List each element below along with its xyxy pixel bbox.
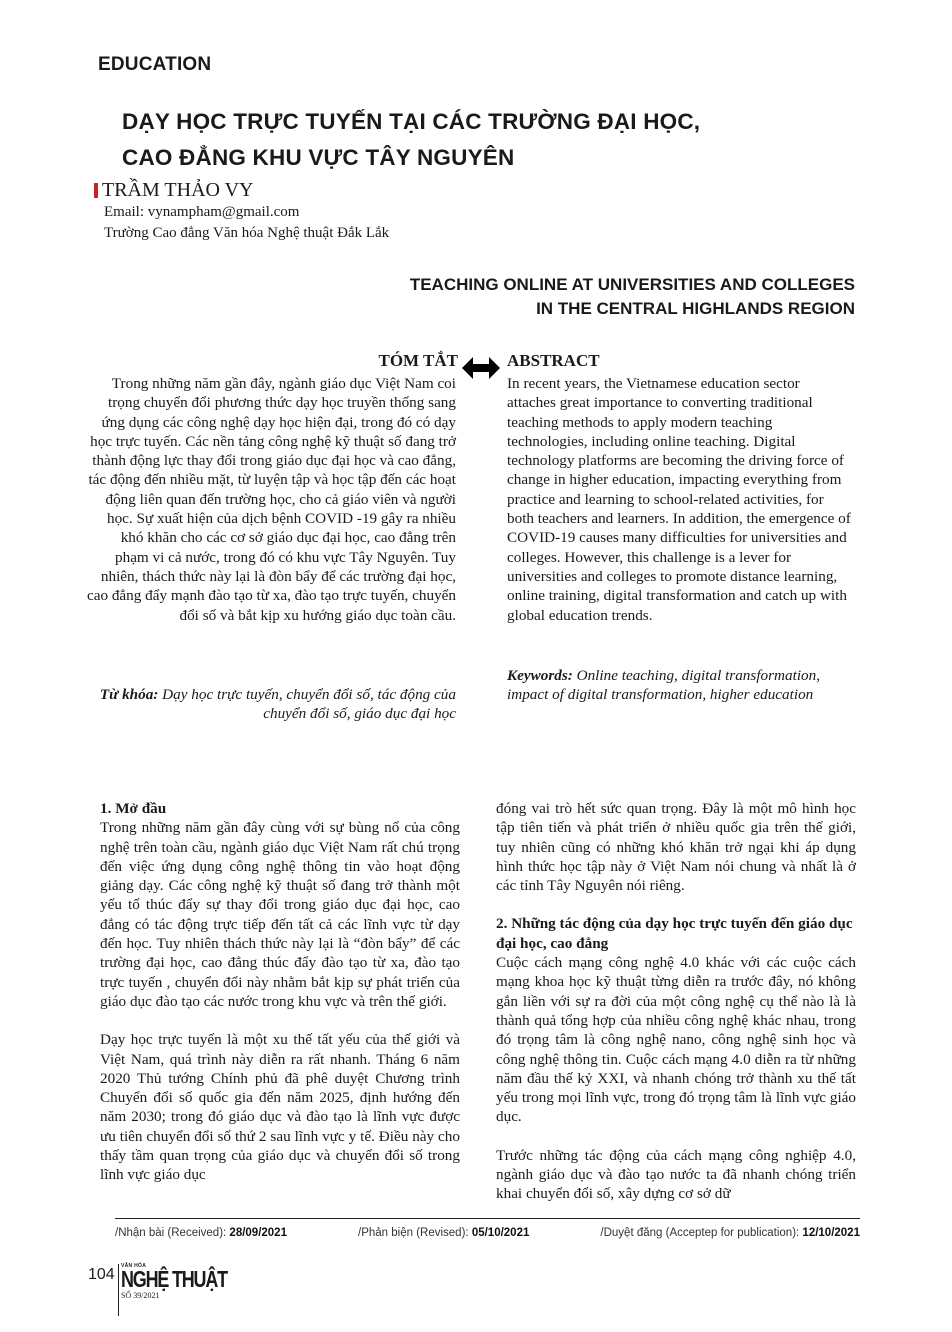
author-name: TRẦM THẢO VY [102,178,254,202]
title-vn-line-1: DẠY HỌC TRỰC TUYẾN TẠI CÁC TRƯỜNG ĐẠI HỌ… [122,104,700,140]
keywords-text-vn: Dạy học trực tuyến, chuyển đổi số, tác đ… [158,686,456,722]
keywords-label-vn: Từ khóa: [100,686,158,703]
footer-dates: /Nhận bài (Received): 28/09/2021 /Phản b… [115,1227,860,1239]
author-block: TRẦM THẢO VY Email: vynampham@gmail.com … [94,178,389,244]
received-value: 28/09/2021 [229,1227,287,1239]
author-affiliation: Trường Cao đẳng Văn hóa Nghệ thuật Đắk L… [104,223,389,244]
section-1-heading: 1. Mở đầu [100,799,460,818]
section-2-heading: 2. Những tác động của dạy học trực tuyến… [496,914,856,953]
logo-main-text: NGHỆ THUẬT [121,1269,227,1290]
abstract-body-en: In recent years, the Vietnamese educatio… [507,374,852,625]
revised-date: /Phản biện (Revised): 05/10/2021 [358,1227,529,1239]
revised-value: 05/10/2021 [472,1227,530,1239]
section-label: EDUCATION [98,54,211,76]
page-number-divider [118,1264,119,1316]
accepted-date: /Duyệt đăng (Acceptep for publication): … [600,1227,860,1239]
section-1-paragraph-1: Trong những năm gần đây cùng với sự bùng… [100,818,460,1011]
keywords-label-en: Keywords: [507,667,573,684]
body-column-right: đóng vai trò hết sức quan trọng. Đây là … [496,799,856,1223]
author-accent-bar [94,183,98,198]
accepted-value: 12/10/2021 [802,1227,860,1239]
keywords-vn: Từ khóa: Dạy học trực tuyến, chuyển đổi … [84,685,456,724]
section-2-paragraph-2: Trước những tác động của cách mạng công … [496,1146,856,1204]
title-en-line-1: TEACHING ONLINE AT UNIVERSITIES AND COLL… [410,273,855,297]
page-number: 104 [88,1266,115,1284]
journal-logo: VĂN HÓA NGHỆ THUẬT SỐ 39/2021 [121,1263,257,1301]
abstract-body-vn: Trong những năm gần đây, ngành giáo dục … [84,374,456,625]
title-en-line-2: IN THE CENTRAL HIGHLANDS REGION [410,297,855,321]
received-label: /Nhận bài (Received): [115,1227,229,1239]
footer-divider [115,1218,860,1219]
article-title-vn: DẠY HỌC TRỰC TUYẾN TẠI CÁC TRƯỜNG ĐẠI HỌ… [122,104,700,176]
author-name-row: TRẦM THẢO VY [94,178,389,202]
title-vn-line-2: CAO ĐẲNG KHU VỰC TÂY NGUYÊN [122,140,700,176]
section-1-paragraph-2-continued: đóng vai trò hết sức quan trọng. Đây là … [496,799,856,895]
section-1-paragraph-2: Dạy học trực tuyến là một xu thế tất yếu… [100,1030,460,1184]
body-column-left: 1. Mở đầu Trong những năm gần đây cùng v… [100,799,460,1204]
abstract-heading-en: ABSTRACT [507,351,600,371]
article-title-en: TEACHING ONLINE AT UNIVERSITIES AND COLL… [410,273,855,321]
author-email: Email: vynampham@gmail.com [104,202,389,223]
accepted-label: /Duyệt đăng (Acceptep for publication): [600,1227,802,1239]
double-arrow-icon [462,356,500,380]
issue-number: SỐ 39/2021 [121,1291,257,1301]
received-date: /Nhận bài (Received): 28/09/2021 [115,1227,287,1239]
keywords-en: Keywords: Online teaching, digital trans… [507,666,852,705]
revised-label: /Phản biện (Revised): [358,1227,472,1239]
abstract-heading-vn: TÓM TẮT [378,351,458,371]
section-2-paragraph-1: Cuộc cách mạng công nghệ 4.0 khác với cá… [496,953,856,1127]
